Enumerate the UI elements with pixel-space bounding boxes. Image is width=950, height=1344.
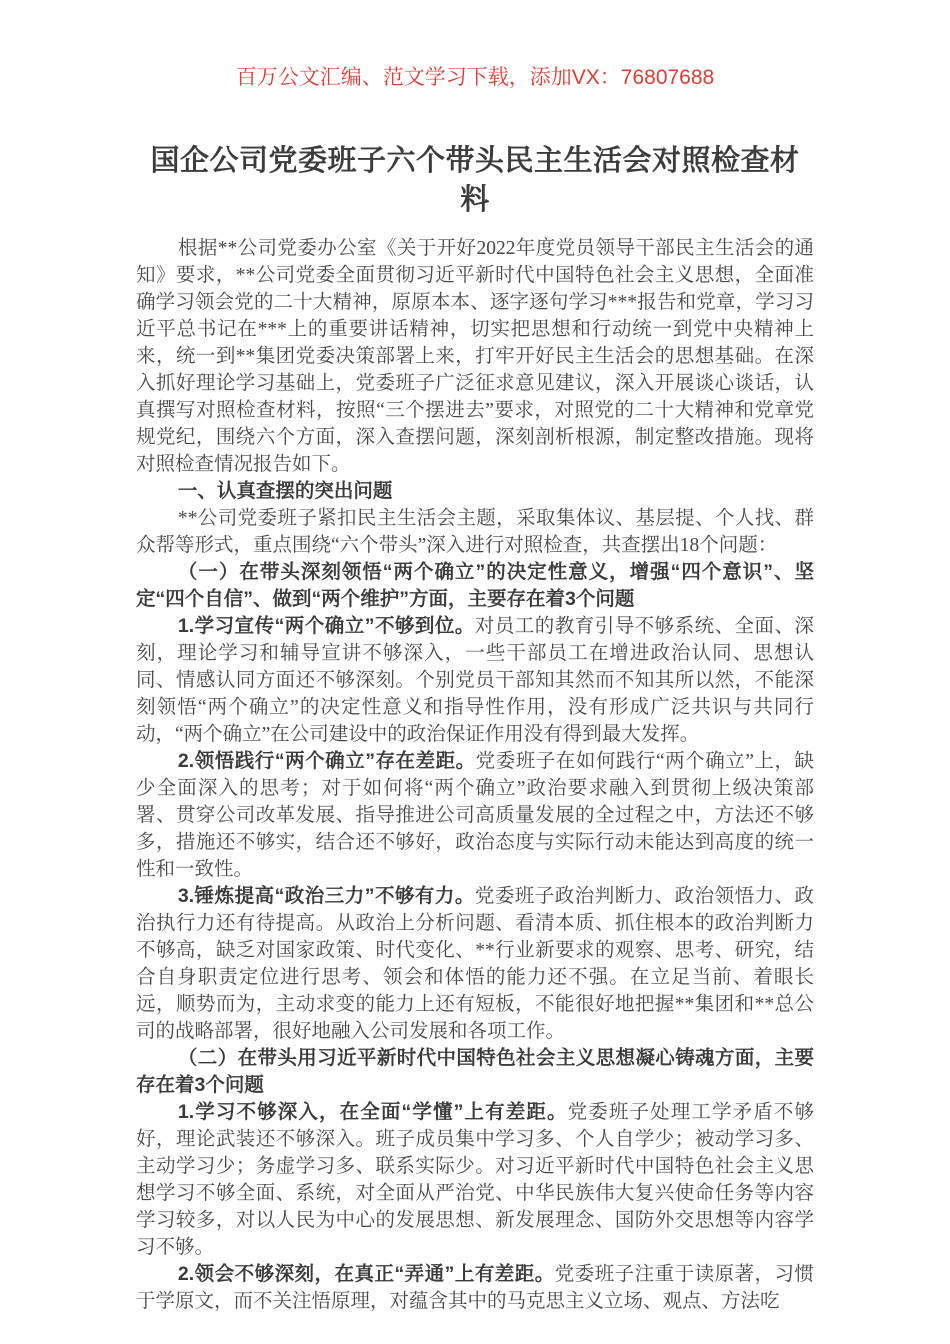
paragraph-lead: 1.学习不够深入，在全面“学懂”上有差距。 xyxy=(178,1101,568,1123)
paragraph-lead: 2.领悟践行“两个确立”存在差距。 xyxy=(178,750,476,772)
paragraph: 2.领会不够深刻，在真正“弄通”上有差距。党委班子注重于读原著，习惯于学原文，而… xyxy=(136,1261,814,1315)
paragraph: 1.学习不够深入，在全面“学懂”上有差距。党委班子处理工学矛盾不够好，理论武装还… xyxy=(136,1099,814,1261)
paragraph-lead: 1.学习宣传“两个确立”不够到位。 xyxy=(178,615,475,637)
paragraph: 2.领悟践行“两个确立”存在差距。党委班子在如何践行“两个确立”上，缺少全面深入… xyxy=(136,748,814,883)
paragraph: 3.锤炼提高“政治三力”不够有力。党委班子政治判断力、政治领悟力、政治执行力还有… xyxy=(136,883,814,1045)
paragraph-lead: 3.锤炼提高“政治三力”不够有力。 xyxy=(178,885,475,907)
document-title: 国企公司党委班子六个带头民主生活会对照检查材料 xyxy=(136,142,814,220)
document-page: 百万公文汇编、范文学习下载，添加VX：76807688 国企公司党委班子六个带头… xyxy=(0,0,950,1344)
paragraph: **公司党委班子紧扣民主生活会主题，采取集体议、基层提、个人找、群众帮等形式，重… xyxy=(136,505,814,559)
section-heading: 一、认真查摆的突出问题 xyxy=(136,478,814,505)
paragraph: 1.学习宣传“两个确立”不够到位。对员工的教育引导不够系统、全面、深刻，理论学习… xyxy=(136,613,814,748)
section-heading: （一）在带头深刻领悟“两个确立”的决定性意义，增强“四个意识”、坚定“四个自信”… xyxy=(136,559,814,613)
section-heading: （二）在带头用习近平新时代中国特色社会主义思想凝心铸魂方面，主要存在着3个问题 xyxy=(136,1045,814,1099)
document-body: 根据**公司党委办公室《关于开好2022年度党员领导干部民主生活会的通知》要求，… xyxy=(136,235,814,1315)
paragraph-lead: 2.领会不够深刻，在真正“弄通”上有差距。 xyxy=(178,1263,555,1285)
paragraph: 根据**公司党委办公室《关于开好2022年度党员领导干部民主生活会的通知》要求，… xyxy=(136,235,814,478)
header-notice: 百万公文汇编、范文学习下载，添加VX：76807688 xyxy=(136,64,814,92)
